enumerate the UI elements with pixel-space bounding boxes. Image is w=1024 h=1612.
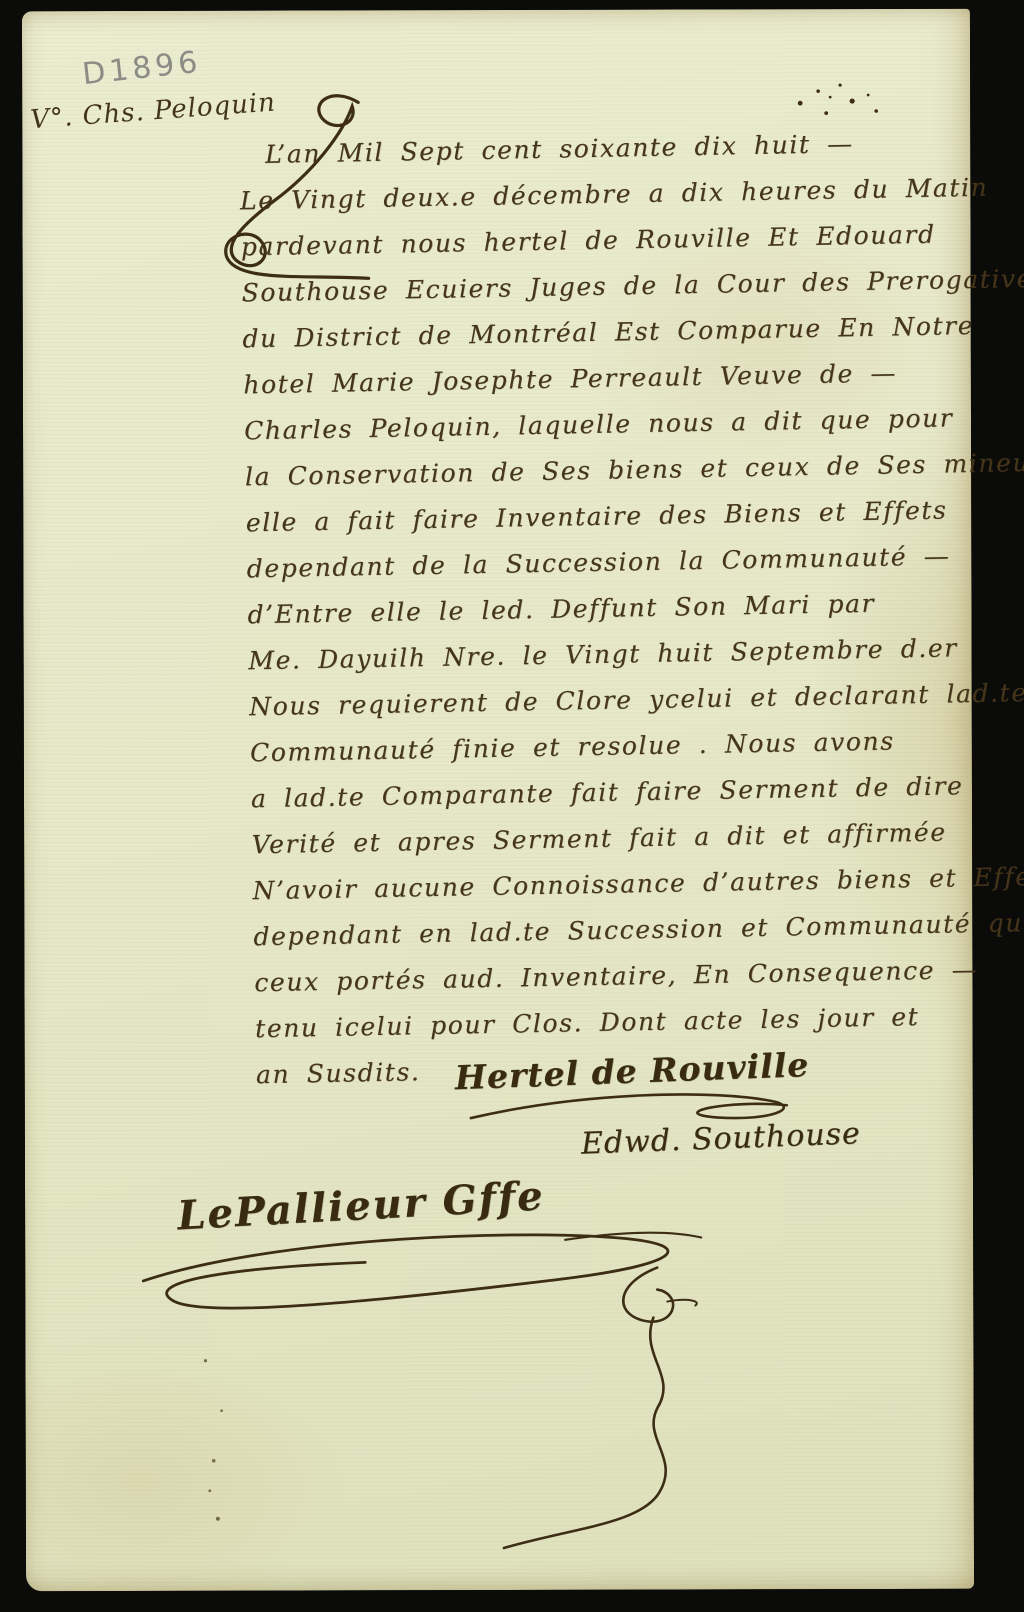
margin-note: V°. Chs. Peloquin [29,89,261,136]
ink-specks-icon [175,1341,296,1541]
archival-number: D1896 [81,45,204,93]
signature-edward-southouse: Edwd. Southouse [580,1116,861,1161]
paraph-squiggle-icon [445,1259,706,1560]
signature-lepallieur-greffier: LePallieur Gffe [176,1172,546,1239]
book-page-edges [972,84,1013,1572]
scanned-document-photo: D1896 V°. Chs. Peloquin L’an Mil Sept ce… [0,0,1024,1612]
manuscript-page: D1896 V°. Chs. Peloquin L’an Mil Sept ce… [22,9,974,1591]
manuscript-text: L’an Mil Sept cent soixante dix huit —Le… [239,119,977,1098]
